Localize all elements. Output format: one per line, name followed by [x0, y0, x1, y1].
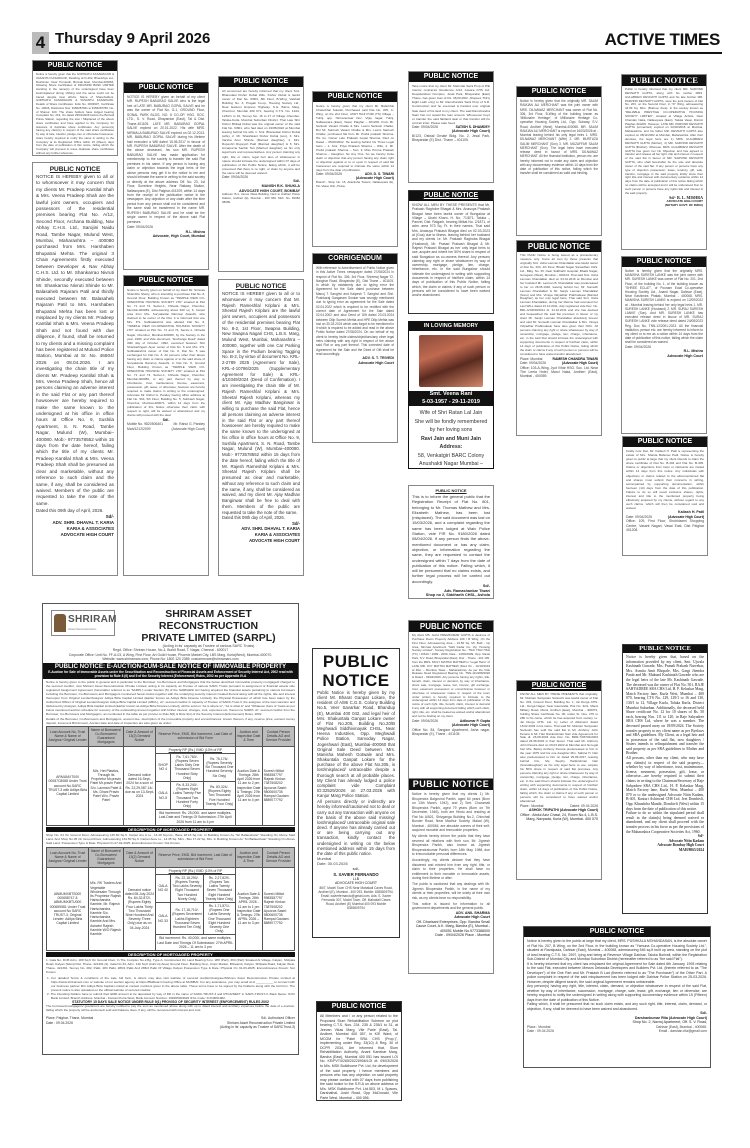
notice-solanki-flat: PUBLIC NOTICE Notice is hereby given tha… — [312, 91, 398, 247]
notice-body-3: Failure to do so within the stipulated p… — [626, 811, 704, 834]
notice-title: PUBLIC NOTICE — [409, 191, 493, 201]
notice-kriplani-flat: PUBLIC NOTICE NOTICE IS HEREBY given to … — [218, 279, 304, 576]
advocate-address: 86/T, Model Town CHS Near Mahakali Caves… — [317, 886, 395, 910]
notice-title: PUBLIC NOTICE — [409, 72, 493, 82]
reserve-price: Rs. 8,33,240/- (Rupees Eight Lakhs Twent… — [170, 781, 203, 809]
reserve-price: Rs. 22,18,290/- (Rupees Twenty Two Lakhs… — [170, 874, 203, 902]
notice-title: PUBLIC NOTICE — [409, 621, 493, 632]
borrower-names: M/s. Het Plastics, Through its Proprieto… — [89, 746, 124, 825]
notice-body: NOTICE IS HEREBY given to all or to whom… — [36, 174, 114, 507]
corrigendum-title: CORRIGENDUM — [313, 254, 397, 264]
memorial-line: She will be fondly remembered — [412, 418, 490, 427]
logo-text: SHRIRAM — [68, 614, 117, 625]
notice-alka-gupta-room: PUBLIC NOTICE My client MS. ALKA PREMKUM… — [408, 620, 494, 780]
property-rp-emd-header: Property RP (Rs.) EMD (10% of RP — [156, 746, 235, 753]
notice-body-3: Any person(s) having any right, title, i… — [527, 984, 707, 1002]
notice-merchant-flat: PUBLIC NOTICE Notice is hereby given tha… — [516, 86, 602, 236]
col-header-loan: Loan Account No, Trust Name & Name of As… — [47, 847, 89, 867]
property-rp-emd-header: Property RP (Rs.) EMD (10% of RP — [156, 867, 235, 874]
notice-title: PUBLIC NOTICE — [622, 257, 706, 267]
property-unit: GALA NO 33 — [156, 902, 171, 934]
contact-persons: Suresh Mittal: 9983587797 Rajesh Kinkar:… — [262, 867, 294, 950]
acting-capacity: (Acting in its' capacity as Trustee of v… — [123, 644, 294, 649]
notice-body: My client MS. ALKA PREMKUMAR GUPTA is de… — [412, 634, 490, 719]
masthead-brand: ACTIVE TIMES — [605, 30, 720, 50]
notice-body: KNOW ALL MEN BY THESE PRESENTS that orig… — [520, 693, 598, 804]
auction-intro: Notice is hereby given to the public in … — [43, 679, 298, 717]
notice-body: Notice is hereby given that my clients 1… — [412, 792, 490, 833]
memorial-address-label: Address: — [412, 443, 490, 452]
advocate-registration: MAH/8065/2024 — [626, 848, 704, 853]
notice-title: PUBLIC NOTICE — [622, 75, 706, 86]
notice-date: Date: 09/04/2026 — [520, 361, 546, 365]
advocate-name: ASHOK TRIPATHI (Advocate High Court) — [520, 808, 598, 813]
notice-title: PUBLIC NOTICE — [313, 92, 397, 102]
notice-sra-scheme: PUBLIC NOTICE All Members and / or any p… — [316, 1001, 402, 1101]
notice-body: NOTICE IS HEREBY given on behalf of my c… — [127, 95, 205, 224]
auction-dates: Auction Date & Timings: 28th April 2026 … — [235, 746, 262, 825]
notice-body: KNOW ALL MEN BY THESE PRESENTS that Mr. … — [412, 203, 490, 298]
notice-lokare-sale-deed: PUBLIC NOTICE Public Notice is hereby gi… — [312, 648, 400, 938]
notice-khandalkar-flat: PUBLIC NOTICE This Public Notice is bein… — [516, 240, 602, 436]
notice-date: Date: 24/03/2026 — [320, 1100, 398, 1101]
advocate-title: Advocate High Court — [316, 361, 394, 366]
notice-body: Notice is hereby given that my client Mr… — [316, 104, 394, 172]
notice-bhagat-bungalow: PUBLIC NOTICE KNOW ALL MEN BY THESE PRES… — [408, 190, 494, 314]
loan-account: ARMUMXT000 00087C8088 Under Trust accoun… — [47, 746, 89, 825]
col-header-loan: Loan Account No, Trust Name & Name of As… — [47, 726, 89, 746]
notice-body: Notice is hereby given that the original… — [625, 269, 703, 345]
notice-date: Date: 09/04/2026 — [412, 719, 438, 723]
advocate-email: Email - darshan.rita@gmail.com — [659, 1029, 707, 1033]
advocate-address: B/123, Ostwal Ornate Bldg. No. 2, Jesal … — [412, 134, 490, 143]
bid-increment: Bid increment: Rs. 25,000/- and same mul… — [156, 810, 235, 826]
notice-title: PUBLIC NOTICE — [33, 61, 117, 71]
notice-parikh-disownment: PUBLIC NOTICE Notice is hereby given tha… — [408, 778, 494, 974]
page-number: 4 — [32, 32, 49, 54]
property-unit: SHOP NO 4 — [156, 753, 171, 781]
advocate-address: Off- Dharisani Enterprises, Opp. Bandra … — [412, 920, 490, 934]
auction-table-1: Loan Account No, Trust Name & Name of As… — [46, 726, 295, 826]
advocate-address: Office: 103-A-Wing, Jyot Vihar HSG. Soc.… — [520, 366, 598, 379]
notice-title: PUBLIC NOTICE — [219, 77, 303, 87]
notice-body: All Members and / or any person related … — [320, 1014, 398, 1100]
notice-title: PUBLIC NOTICE — [317, 1002, 401, 1012]
page-header: 4 Thursday 9 April 2026 ACTIVE TIMES — [32, 28, 722, 54]
memorial-dates: 5-03-1957 - 29-11-2019 — [409, 399, 493, 407]
notice-title: PUBLIC NOTICE — [517, 241, 601, 252]
corrigendum-body: With reference to Advertisement of Publi… — [316, 266, 394, 356]
col-header-reserve: Reserve Price, EMD, Bid Increment, Last … — [156, 726, 235, 746]
memorial-line: by her loving sons — [412, 426, 490, 435]
advocate-address: Address: B-1, Venus Vikas Building, Next… — [222, 193, 300, 204]
auction-details-line: Details of the Borrower, Co-Borrowers an… — [43, 717, 298, 725]
registration-number: Mah/1212/2009 — [127, 427, 151, 431]
notice-title: PUBLIC NOTICE — [36, 166, 114, 173]
statutory-text: The borrowers/mortgagors/ guarantors are… — [43, 1004, 298, 1012]
notice-title: PUBLIC NOTICE — [517, 681, 601, 691]
demand-notice: Demand notice dated 08-July-2024 Rs. 84,… — [123, 867, 155, 950]
notice-registration-receipt: PUBLIC NOTICE This is to inform the gene… — [408, 485, 494, 599]
terms-point-2: 2. The intending bidders have to submit … — [43, 992, 298, 1000]
notice-body: This Public Notice is being issued as a … — [520, 254, 598, 357]
emd-amount: Rs. 76,176/- (Rupees Seventy Six Thousan… — [204, 753, 235, 781]
notice-body: Public is hereby informed that my client… — [625, 88, 703, 196]
notice-body: NOTICE IS HEREBY given to all or to whom… — [222, 291, 300, 515]
notice-body: Notice is hereby given that the GOPINATH… — [36, 73, 114, 156]
advocate-title: ADVOCATE HIGH COURT — [36, 532, 114, 538]
memorial-address: Anushakti Nagar Mumbai – 400094 — [412, 460, 490, 469]
notice-body: Kindly note that, Mr. Kailash H. Patil i… — [626, 449, 704, 510]
advocate-address: Branch:- Shop No. 15, Akanksha Towers, N… — [316, 181, 394, 188]
terms-point-1: 1. For detailed Terms & conditions of th… — [43, 975, 298, 992]
notice-shah-flat: PUBLIC NOTICE NOTICE IS HEREBY given to … — [32, 162, 118, 576]
notice-body-5: This notice is issued for information to… — [412, 902, 490, 911]
logo-subtitle: Asset Reconstruction — [68, 627, 96, 631]
advocate-address: Office No. 84, Sangam Apartment, Asha na… — [412, 728, 490, 737]
shriram-eauction-notice: SHRIRAMAsset Reconstruction SHRIRAM ASSE… — [42, 603, 299, 1055]
auction-date: Date : 09.04.2026 — [46, 1021, 93, 1025]
notice-title: PUBLIC NOTICE — [317, 652, 395, 690]
borrower-names: M/s. RK Traders And Vegetable Wholesaler… — [89, 867, 124, 950]
advocate-address: Office : Abdul Aziz Chawl, 24, Room No.4… — [520, 813, 598, 822]
col-header-reserve: Reserve Price, EMD, Bid Increment, Last … — [156, 847, 235, 867]
company-name-line2: PRIVATE LIMITED (SARPL) — [123, 632, 294, 644]
notice-patil-shares: PUBLIC NOTICE Kindly note that, Mr. Kail… — [622, 436, 708, 556]
notice-title: PUBLIC NOTICE — [412, 488, 490, 493]
notice-temple-view: PUBLIC NOTICE Notice is hereby given on … — [123, 275, 209, 576]
notice-dated: Dated this 09th day of April, 2026. — [36, 508, 114, 514]
property-unit: GALA NO-5 — [156, 781, 171, 809]
notice-body: This is to inform the general public tha… — [412, 494, 490, 584]
corrigendum: CORRIGENDUM With reference to Advertisem… — [312, 253, 398, 443]
emd-amount: Rs. 83,324/- (Rupees Eighty Two Thousand… — [204, 781, 235, 809]
property-unit: GALA NO 40 — [156, 874, 171, 902]
notice-title: PUBLIC NOTICE — [124, 83, 208, 93]
col-header-contact: Contact Person Details-AO and Service Pr… — [262, 726, 294, 746]
notice-title: PUBLIC NOTICE — [524, 927, 710, 937]
emd-amount: Rs. 1,71,871/- (Rupees One Lakhs Seventy… — [204, 902, 235, 934]
notice-title: PUBLIC NOTICE — [623, 437, 707, 447]
notice-title: PUBLIC NOTICE — [623, 645, 707, 653]
notice-date: Date - 09/04/2026 Place - Mumbai — [412, 933, 490, 938]
auction-table-2: Loan Account No, Trust Name & Name of As… — [46, 847, 295, 951]
demand-notice: Demand notice dated 16-Sept-2024 for a s… — [123, 746, 155, 825]
notice-share-certificate: PUBLIC NOTICE Notice is hereby given tha… — [32, 60, 118, 156]
notice-date: Date: 09/04/2026 — [316, 172, 342, 176]
notice-title: PUBLIC NOTICE — [409, 779, 493, 790]
advocate-title: ADVOCATE HIGH COURT — [222, 538, 300, 544]
notice-body: Public Notice is hereby given by my clie… — [317, 690, 395, 798]
auction-banner: PUBLIC NOTICE: E-AUCTION-CUM-SALE NOTICE… — [43, 663, 298, 671]
col-header-demand: Date & Amount of 13(2) Demand Notice — [123, 726, 155, 746]
advocate-address: Cross Road, Sanyukta nagar, — [412, 598, 490, 599]
notice-date: Date : 09.04.2026 — [527, 1029, 554, 1033]
notice-lanke-flat: PUBLIC NOTICE Notice is hereby given tha… — [621, 256, 707, 434]
notice-body-3: Accordingly, my clients declare that the… — [412, 858, 490, 881]
notice-date: Date: 09/04/2026 — [412, 125, 438, 129]
notice-body-4: The public is cautioned that any dealing… — [412, 882, 490, 900]
memorial-line: Wife of Shri Ratan Lal Jain — [412, 409, 490, 418]
notice-title: PUBLIC NOTICE — [517, 87, 601, 97]
reserve-price: Rs. 7,61,760/- (Rupees Seven Lakhs Sixty… — [170, 753, 203, 781]
terms-text-2: The intending bidders have to submit the… — [51, 992, 295, 1000]
memorial-sons: Ravi Jain and Muni Jain — [412, 435, 490, 444]
shriram-logo: SHRIRAMAsset Reconstruction — [51, 610, 115, 636]
notice-body: Notice is hereby given on behalf of my c… — [127, 288, 205, 418]
memorial-photo — [419, 335, 483, 387]
advocate-title: (Advocate High Court) — [171, 427, 205, 431]
company-name-line1: SHRIRAM ASSET RECONSTRUCTION — [123, 608, 294, 632]
col-header-borrower: Name of Borrowers/ Co-Borrowers/ Guarant… — [89, 847, 124, 867]
issue-date: Thursday 9 April 2026 — [55, 30, 210, 47]
notice-gupta-flat: PUBLIC NOTICE Public is hereby informed … — [621, 74, 707, 250]
advocate-title: Advocate High Court — [625, 354, 703, 359]
terms-text-1: For detailed Terms & conditions of the s… — [51, 976, 295, 992]
property-description-1: Shop No. 04 On Ground Floor, Admeasuring… — [43, 832, 298, 846]
advocate-title: Advocate, High Court, Mumbai — [127, 234, 205, 239]
notice-salve-flat: PUBLIC NOTICE NOTICE IS HEREBY given on … — [123, 82, 209, 270]
bid-increment: Bid increment: Rs. 40,000/- and same mul… — [156, 935, 235, 951]
contact-persons: Suresh Mittal: 9983587797 Rajesh Kinkar:… — [262, 746, 294, 825]
notice-body: Notice is hereby given to the public at … — [527, 939, 707, 962]
notice-body: Take notice that my client Mr. Mehndar S… — [412, 84, 490, 125]
notice-body-2: My clients hereby inform the public that… — [412, 834, 490, 857]
notice-saini-loan: PUBLIC NOTICE Take notice that my client… — [408, 71, 494, 183]
col-header-auction: Auction and Inspection Date & Time — [235, 726, 262, 746]
reserve-price: Rs. 17,18,710/- (Rupees Seventeen Lakhs … — [170, 902, 203, 934]
notice-title: PUBLIC NOTICE — [222, 283, 300, 290]
notice-body-2: All persons, other than my client, who m… — [626, 756, 704, 811]
notice-body: Notice is hereby given that the original… — [520, 99, 598, 176]
notice-body: Notice is hereby given that, based on th… — [626, 655, 704, 756]
auction-subbanner: E-Auction for Sale of Immovable Assets u… — [43, 670, 298, 678]
col-header-borrower: Name of Borrowers/ Co-Borrowers/ Guarant… — [89, 726, 124, 746]
in-loving-memory: IN LOVING MEMORY Smt. Veena Rani 5-03-19… — [408, 321, 494, 469]
memorial-name: Smt. Veena Rani — [409, 391, 493, 399]
col-header-auction: Auction and Inspection Date & Time — [235, 847, 262, 867]
memorial-address: 58, Venkatgiri BARC Colony — [412, 452, 490, 461]
officer-capacity: (Acting in its' capacity as Trustee of S… — [220, 1025, 295, 1029]
notice-gawade-flat: PUBLIC NOTICE Notice is hereby given tha… — [622, 644, 708, 914]
auction-dates: Auction Date & Timings: 28th APRIL 2026 … — [235, 867, 262, 950]
notice-mohandasan-agreement: PUBLIC NOTICE Notice is hereby given to … — [523, 926, 711, 1068]
property-description-2: 1. Gala No. D/45 Adm. 180 Sq.ft On Groun… — [43, 957, 298, 975]
website-contact: Website: www.shriramarc.com; Phone No: 1… — [43, 657, 298, 662]
col-header-demand: Date & Amount of 13(2) Demand Notice — [123, 847, 155, 867]
advocate-notary: (NOTARY GOVT. OF INDIA) — [625, 204, 703, 208]
col-header-contact: Contact Person Details-AO and Service Pr… — [262, 847, 294, 867]
loan-account: ABMUMXBTS000 000658747 & ABMUMXBTU000 00… — [47, 867, 89, 950]
advocate-title: (Advocate High Court) — [562, 361, 598, 365]
notice-dubal-flat: PUBLIC NOTICE All concerned are hereby i… — [218, 76, 304, 272]
notice-title: PUBLIC NOTICE — [124, 276, 208, 286]
emd-amount: Rs. 2,27,829/- (Rupees Two Lakhs Twenty … — [204, 874, 235, 902]
advocate-address: Office: 109, First Floor, Shubhlaxmi Sho… — [626, 519, 704, 532]
memory-title: IN LOVING MEMORY — [409, 322, 493, 331]
notice-santoshi-flat: PUBLIC NOTICE KNOW ALL MEN BY THESE PRES… — [516, 680, 602, 880]
notice-body: All concerned are hereby informed that m… — [222, 89, 300, 175]
notice-body-2: All persons directly or indirectly are h… — [317, 799, 395, 856]
notice-body-4: Failing which, it shall be presumed that… — [527, 1002, 707, 1011]
notice-body-2: It is hereby informed that my client has… — [527, 962, 707, 985]
